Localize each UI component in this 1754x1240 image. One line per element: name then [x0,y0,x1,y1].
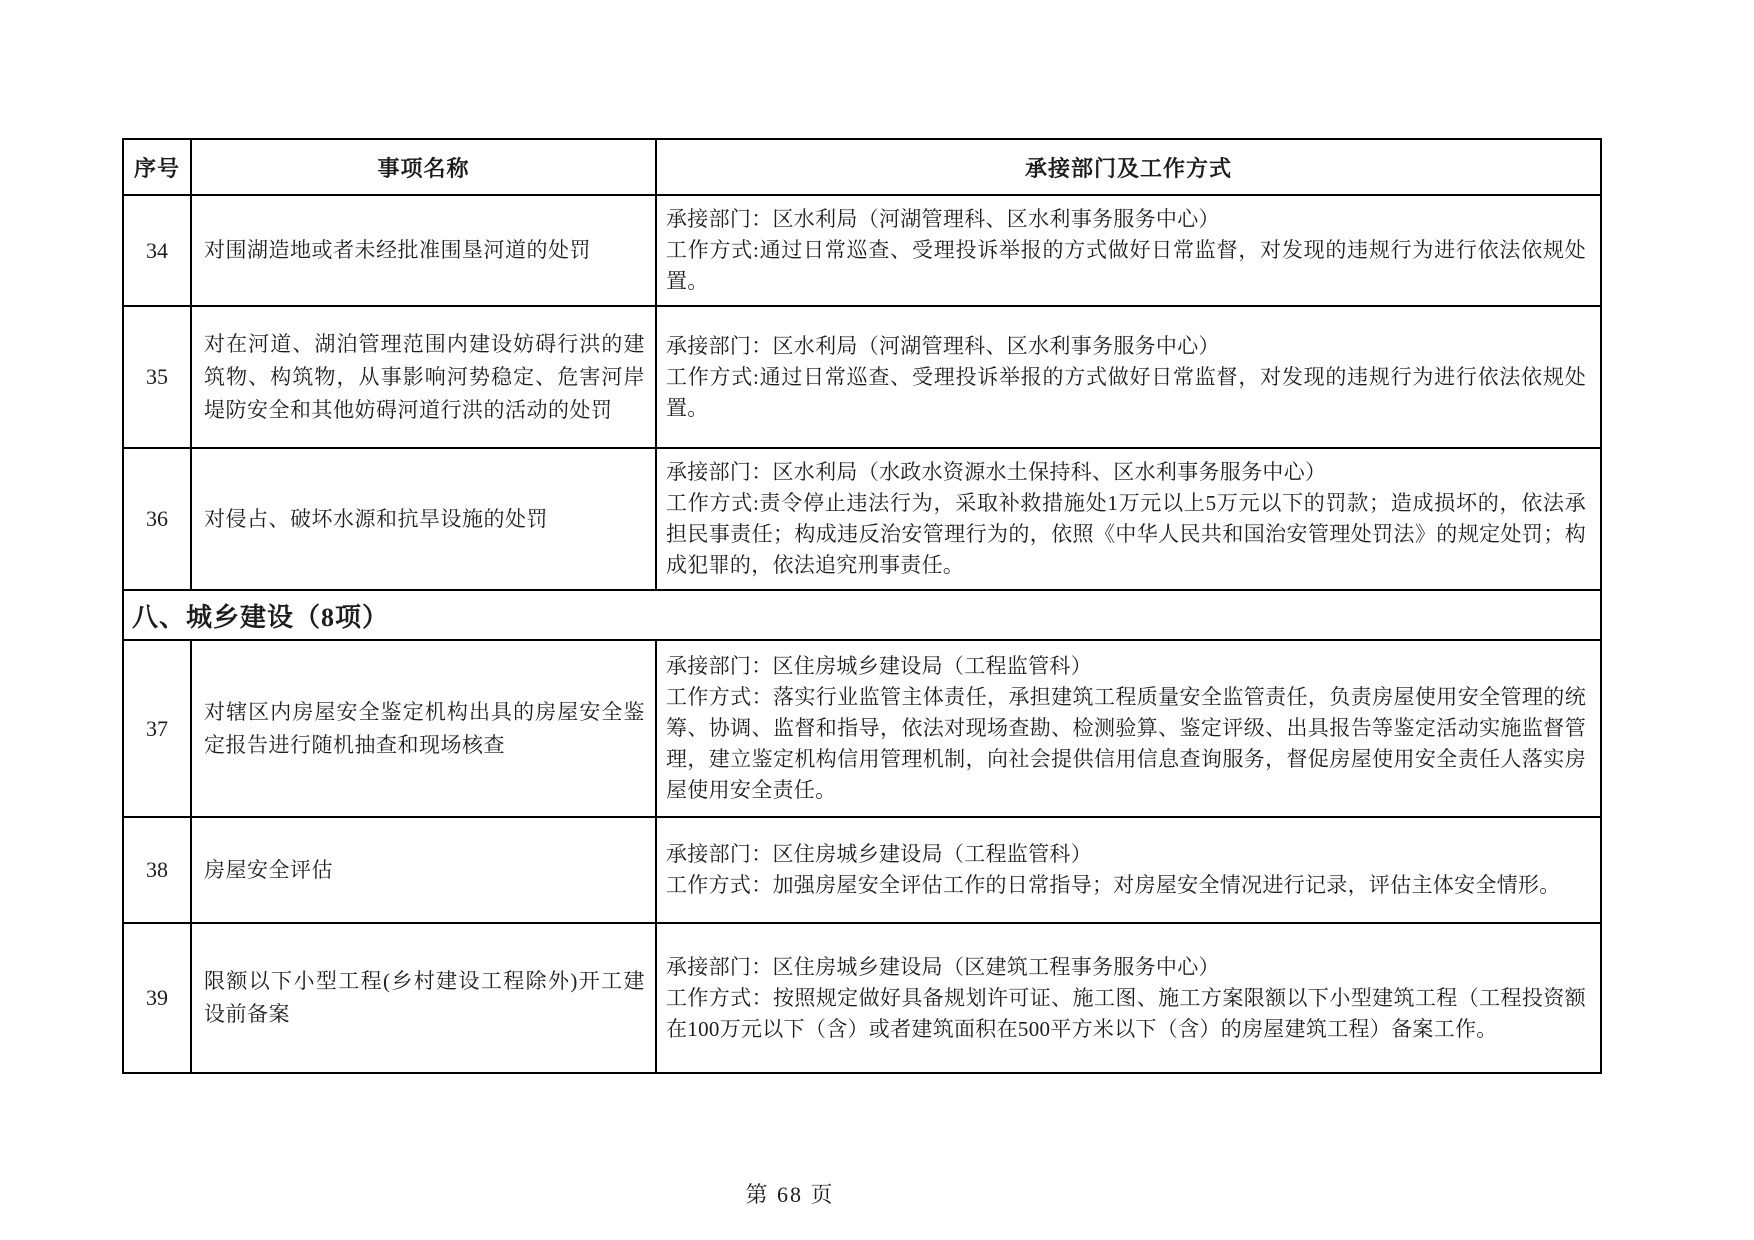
item-name-cell: 房屋安全评估 [191,817,656,923]
table-row: 36对侵占、破坏水源和抗旱设施的处罚承接部门：区水利局（水政水资源水土保持科、区… [123,448,1601,590]
row-number-cell: 39 [123,923,191,1073]
department-method-cell: 承接部门：区水利局（水政水资源水土保持科、区水利事务服务中心）工作方式:责令停止… [656,448,1601,590]
table-row: 37对辖区内房屋安全鉴定机构出具的房屋安全鉴定报告进行随机抽查和现场核查承接部门… [123,640,1601,817]
table-header: 序号 事项名称 承接部门及工作方式 [123,139,1601,195]
header-serial-number: 序号 [123,139,191,195]
work-method-line: 工作方式：按照规定做好具备规划许可证、施工图、施工方案限额以下小型建筑工程（工程… [666,983,1586,1045]
table-header-row: 序号 事项名称 承接部门及工作方式 [123,139,1601,195]
header-item-name: 事项名称 [191,139,656,195]
item-name-cell: 对围湖造地或者未经批准围垦河道的处罚 [191,195,656,306]
work-method-line: 工作方式：落实行业监管主体责任，承担建筑工程质量安全监管责任，负责房屋使用安全管… [666,682,1586,806]
department-method-cell: 承接部门：区住房城乡建设局（工程监管科）工作方式：加强房屋安全评估工作的日常指导… [656,817,1601,923]
page-number: 第 68 页 [0,1178,1580,1209]
department-line: 承接部门：区住房城乡建设局（区建筑工程事务服务中心） [666,952,1586,983]
department-method-cell: 承接部门：区住房城乡建设局（工程监管科）工作方式：落实行业监管主体责任，承担建筑… [656,640,1601,817]
row-number-cell: 36 [123,448,191,590]
department-line: 承接部门：区水利局（水政水资源水土保持科、区水利事务服务中心） [666,457,1586,488]
department-line: 承接部门：区住房城乡建设局（工程监管科） [666,839,1586,870]
item-name-cell: 对侵占、破坏水源和抗旱设施的处罚 [191,448,656,590]
header-department-method: 承接部门及工作方式 [656,139,1601,195]
row-number-cell: 34 [123,195,191,306]
department-method-cell: 承接部门：区水利局（河湖管理科、区水利事务服务中心）工作方式:通过日常巡查、受理… [656,306,1601,448]
table-row: 35对在河道、湖泊管理范围内建设妨碍行洪的建筑物、构筑物，从事影响河势稳定、危害… [123,306,1601,448]
row-number-cell: 35 [123,306,191,448]
department-line: 承接部门：区水利局（河湖管理科、区水利事务服务中心） [666,331,1586,362]
row-number-cell: 38 [123,817,191,923]
table-row: 38房屋安全评估承接部门：区住房城乡建设局（工程监管科）工作方式：加强房屋安全评… [123,817,1601,923]
table-row: 39限额以下小型工程(乡村建设工程除外)开工建设前备案承接部门：区住房城乡建设局… [123,923,1601,1073]
department-line: 承接部门：区水利局（河湖管理科、区水利事务服务中心） [666,204,1586,235]
row-number-cell: 37 [123,640,191,817]
item-name-cell: 对辖区内房屋安全鉴定机构出具的房屋安全鉴定报告进行随机抽查和现场核查 [191,640,656,817]
table-body: 34对围湖造地或者未经批准围垦河道的处罚承接部门：区水利局（河湖管理科、区水利事… [123,195,1601,1073]
work-method-line: 工作方式:通过日常巡查、受理投诉举报的方式做好日常监督，对发现的违规行为进行依法… [666,235,1586,297]
department-line: 承接部门：区住房城乡建设局（工程监管科） [666,651,1586,682]
department-method-cell: 承接部门：区住房城乡建设局（区建筑工程事务服务中心）工作方式：按照规定做好具备规… [656,923,1601,1073]
item-name-cell: 限额以下小型工程(乡村建设工程除外)开工建设前备案 [191,923,656,1073]
table-row: 34对围湖造地或者未经批准围垦河道的处罚承接部门：区水利局（河湖管理科、区水利事… [123,195,1601,306]
items-table: 序号 事项名称 承接部门及工作方式 34对围湖造地或者未经批准围垦河道的处罚承接… [122,138,1602,1074]
work-method-line: 工作方式:责令停止违法行为，采取补救措施处1万元以上5万元以下的罚款；造成损坏的… [666,488,1586,581]
work-method-line: 工作方式:通过日常巡查、受理投诉举报的方式做好日常监督，对发现的违规行为进行依法… [666,362,1586,424]
department-method-cell: 承接部门：区水利局（河湖管理科、区水利事务服务中心）工作方式:通过日常巡查、受理… [656,195,1601,306]
section-title: 八、城乡建设（8项） [123,590,1601,640]
work-method-line: 工作方式：加强房屋安全评估工作的日常指导；对房屋安全情况进行记录，评估主体安全情… [666,870,1586,901]
item-name-cell: 对在河道、湖泊管理范围内建设妨碍行洪的建筑物、构筑物，从事影响河势稳定、危害河岸… [191,306,656,448]
section-header-row: 八、城乡建设（8项） [123,590,1601,640]
